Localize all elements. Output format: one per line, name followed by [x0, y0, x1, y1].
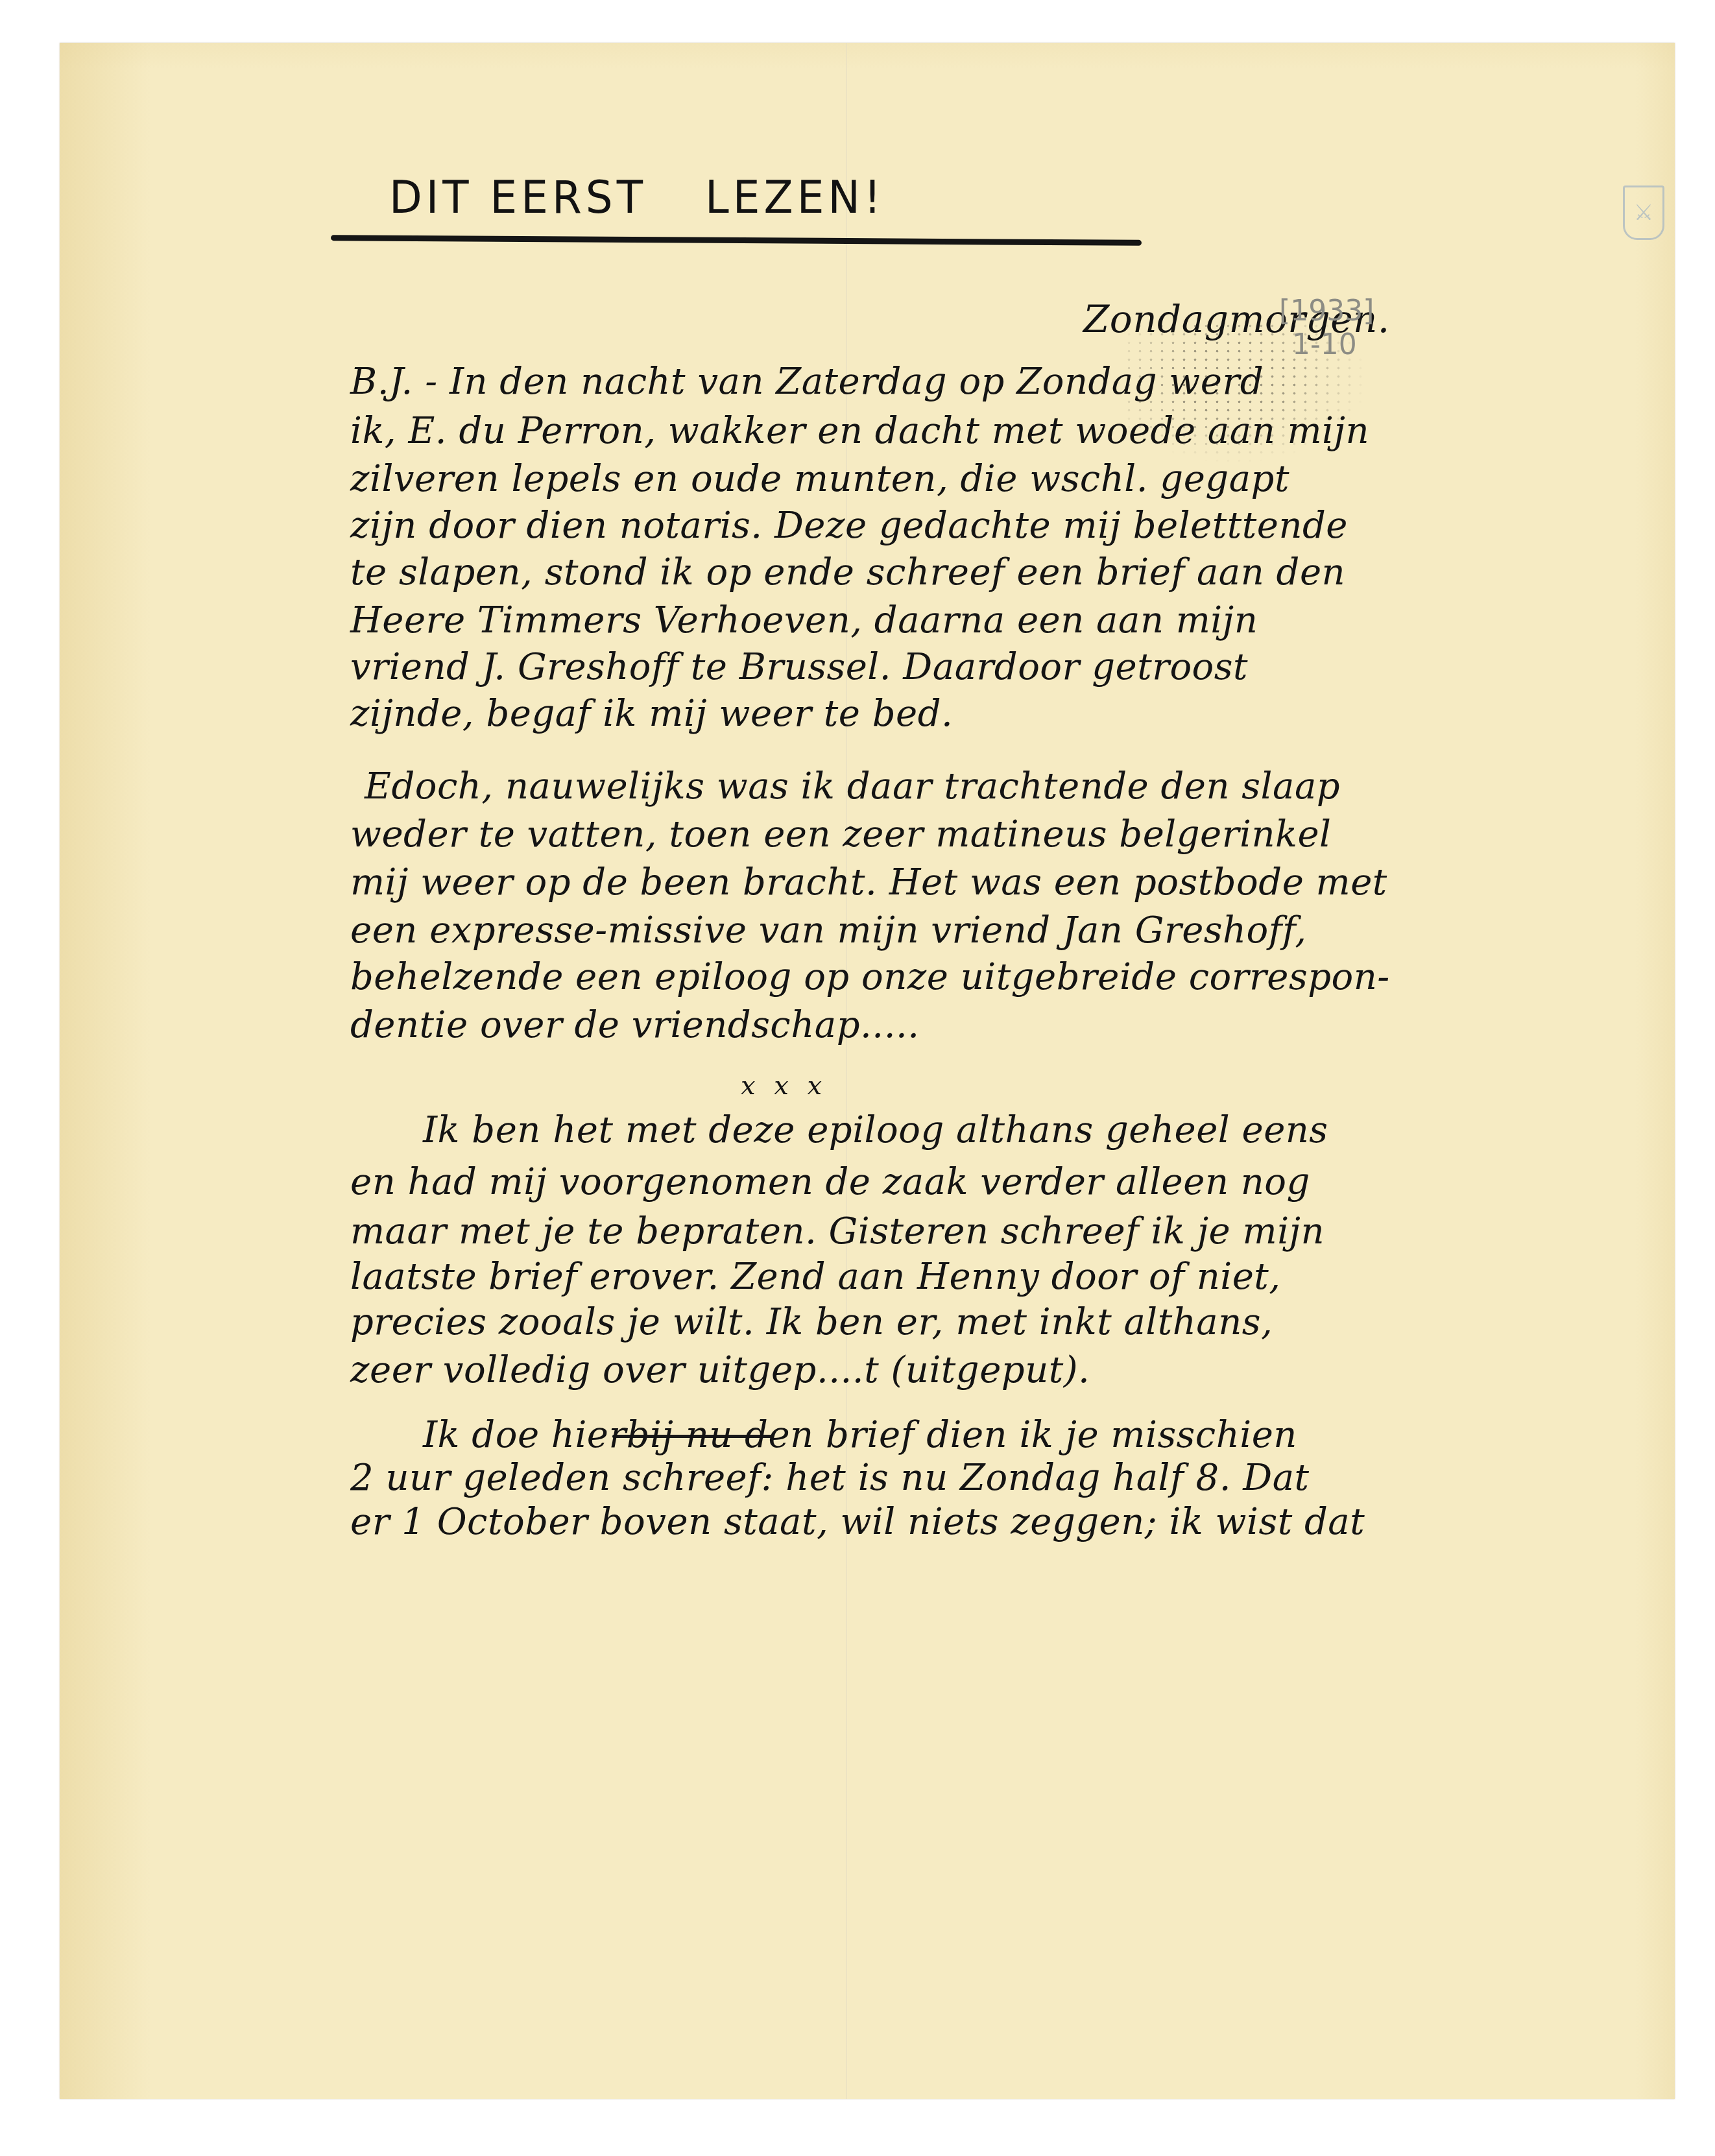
paper-fold-crease [846, 43, 847, 2099]
body-line: maar met je te bepraten. Gisteren schree… [350, 1210, 1325, 1252]
body-line: te slapen, stond ik op ende schreef een … [350, 551, 1345, 593]
body-line: zijn door dien notaris. Deze gedachte mi… [350, 505, 1348, 547]
body-line: ik, E. du Perron, wakker en dacht met wo… [350, 410, 1369, 452]
body-line: laatste brief erover. Zend aan Henny doo… [350, 1256, 1281, 1298]
body-line: mij weer op de been bracht. Het was een … [350, 861, 1387, 904]
body-line: vriend J. Greshoff te Brussel. Daardoor … [350, 646, 1248, 688]
section-separator-marks: x x x [741, 1071, 827, 1101]
body-line: dentie over de vriendschap..... [350, 1004, 920, 1046]
body-line: er 1 October boven staat, wil niets zegg… [350, 1501, 1365, 1543]
archive-number-annotation: 1-10 [1292, 328, 1357, 361]
body-line: 2 uur geleden schreef: het is nu Zondag … [350, 1457, 1310, 1499]
body-line: weder te vatten, toen een zeer matineus … [350, 813, 1331, 856]
body-line: een expresse-missive van mijn vriend Jan… [350, 909, 1307, 952]
archive-year-annotation: [1933] [1279, 294, 1374, 328]
body-line: Heere Timmers Verhoeven, daarna een aan … [350, 599, 1258, 641]
body-line: Ik doe hierbij nu den brief dien ik je m… [423, 1414, 1297, 1456]
heading-underline-rule [331, 235, 1142, 246]
body-line: zeer volledig over uitgep....t (uitgeput… [350, 1349, 1090, 1391]
body-line: behelzende een epiloog op onze uitgebrei… [350, 956, 1390, 998]
body-line: zilveren lepels en oude munten, die wsch… [350, 458, 1289, 500]
body-line: zijnde, begaf ik mij weer te bed. [350, 693, 953, 735]
body-line: en had mij voorgenomen de zaak verder al… [350, 1161, 1310, 1203]
body-line: B.J. - In den nacht van Zaterdag op Zond… [350, 361, 1264, 403]
heading-part-2: LEZEN! [705, 171, 885, 224]
body-line: Edoch, nauwelijks was ik daar trachtende… [365, 765, 1340, 808]
letter-heading: DIT EERSTLEZEN! [389, 171, 885, 224]
heading-part-1: DIT EERST [389, 171, 647, 224]
letter-paper: ⚔ DIT EERSTLEZEN! Zondagmorgen. [1933] 1… [60, 43, 1675, 2099]
body-line: precies zooals je wilt. Ik ben er, met i… [350, 1301, 1273, 1343]
body-line: Ik ben het met deze epiloog althans gehe… [423, 1109, 1328, 1151]
library-stamp-icon: ⚔ [1623, 186, 1664, 240]
